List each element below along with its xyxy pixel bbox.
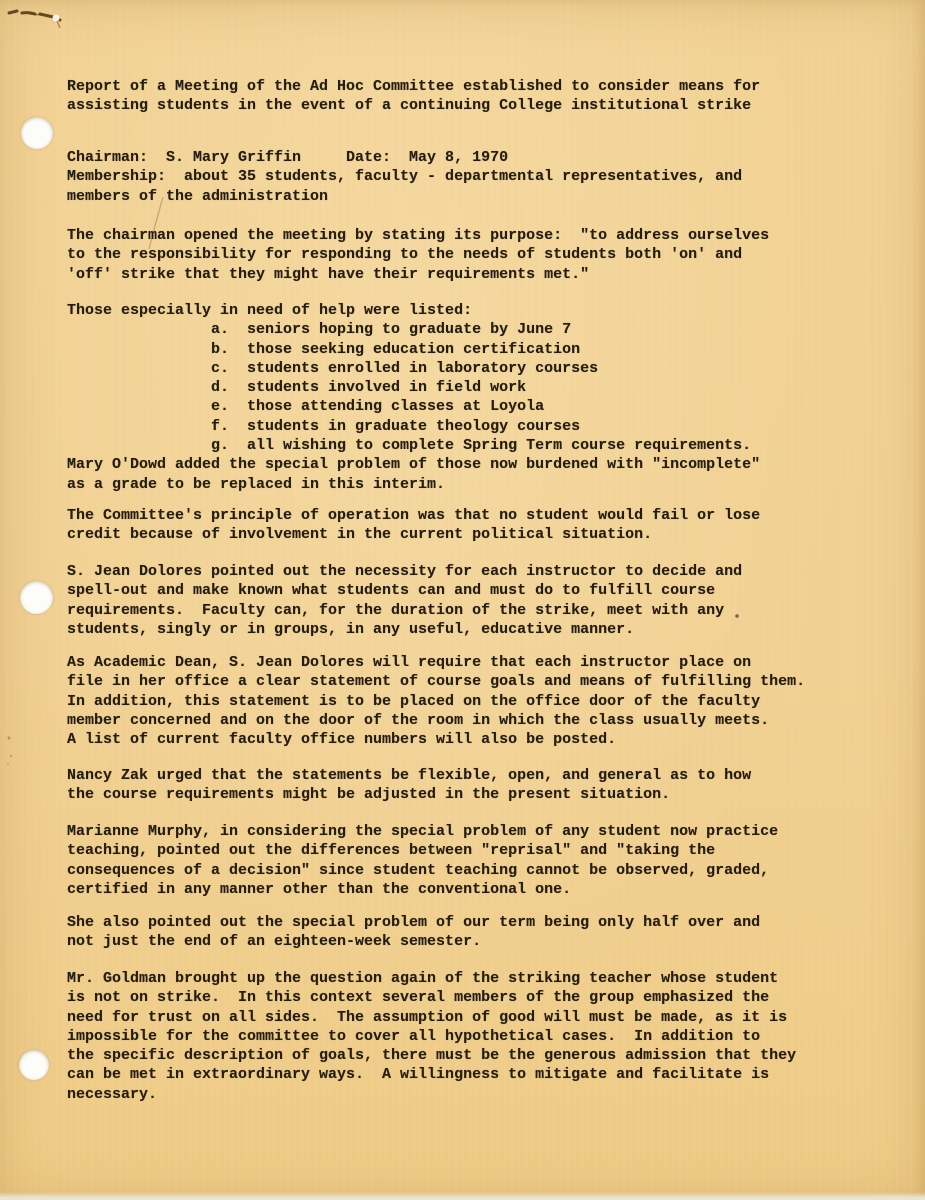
committee-principle-paragraph: The Committee's principle of operation w… bbox=[67, 506, 760, 545]
document-title: Report of a Meeting of the Ad Hoc Commit… bbox=[67, 77, 760, 116]
goldman-paragraph: Mr. Goldman brought up the question agai… bbox=[67, 969, 796, 1104]
needs-list: Those especially in need of help were li… bbox=[67, 301, 760, 494]
opening-purpose-paragraph: The chairman opened the meeting by stati… bbox=[67, 226, 769, 284]
marianne-murphy-paragraph: Marianne Murphy, in considering the spec… bbox=[67, 822, 778, 899]
academic-dean-paragraph: As Academic Dean, S. Jean Dolores will r… bbox=[67, 653, 805, 749]
hole-punch-bottom bbox=[19, 1050, 49, 1080]
half-term-paragraph: She also pointed out the special problem… bbox=[67, 913, 760, 952]
paper-bottom-edge bbox=[0, 1192, 925, 1200]
hole-punch-middle bbox=[20, 581, 53, 614]
pen-scribble-mark bbox=[9, 11, 60, 28]
hole-punch-top bbox=[21, 117, 53, 149]
left-margin-specks bbox=[7, 737, 12, 766]
nancy-zak-paragraph: Nancy Zak urged that the statements be f… bbox=[67, 766, 751, 805]
document-page: Report of a Meeting of the Ad Hoc Commit… bbox=[0, 0, 925, 1200]
meeting-info: Chairman: S. Mary Griffin Date: May 8, 1… bbox=[67, 148, 742, 206]
jean-dolores-paragraph: S. Jean Dolores pointed out the necessit… bbox=[67, 562, 742, 639]
